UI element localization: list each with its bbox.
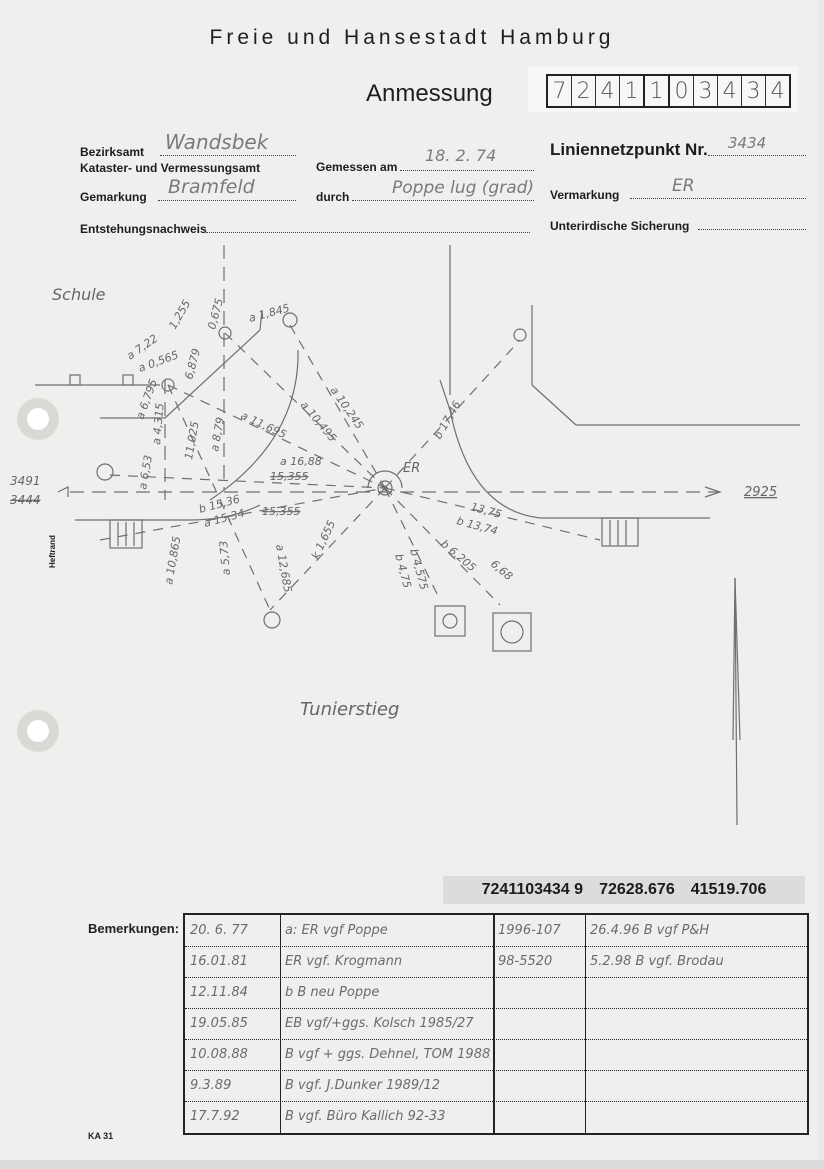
scan-edge: [0, 1160, 824, 1169]
gemessen-value: 18. 2. 74: [425, 146, 496, 165]
remark-text: B vgf. Büro Kallich 92-33: [285, 1109, 490, 1124]
remark-text: b B neu Poppe: [285, 985, 490, 1000]
point-id-digit: 1: [620, 76, 645, 106]
entstehung-line: [206, 232, 530, 233]
vermarkung-value: ER: [672, 176, 695, 196]
survey-sketch: Schule Tunierstieg ER 3491 3444 2925 a 7…: [0, 240, 824, 860]
measurement-label: 15,355: [262, 505, 301, 518]
remark-text-right: 5.2.98 B vgf. Brodau: [590, 954, 805, 969]
remark-date: 16.01.81: [190, 954, 278, 969]
point-id-digit: 1: [645, 76, 670, 106]
liniennetz-value: 3434: [728, 134, 766, 152]
measurement-label: 6,68: [488, 557, 515, 583]
unterirdisch-line: [698, 229, 806, 230]
measurement-label: a 10,865: [162, 535, 183, 585]
page-title: Freie und Hansestadt Hamburg: [0, 26, 824, 50]
street-label: Tunierstieg: [300, 699, 399, 720]
point-id-digit: 4: [596, 76, 620, 106]
remark-date: 20. 6. 77: [190, 923, 278, 938]
gemarkung-value: Bramfeld: [168, 176, 255, 198]
point-id-digit: 4: [766, 76, 789, 106]
measurement-label: 0,675: [205, 297, 226, 331]
measurement-label: 15,355: [270, 470, 309, 483]
remark-text: B vgf + ggs. Dehnel, TOM 1988/44: [285, 1047, 490, 1062]
remark-text: ER vgf. Krogmann: [285, 954, 490, 969]
remark-date: 12.11.84: [190, 985, 278, 1000]
heftrand-label: Heftrand: [48, 535, 57, 568]
gemessen-line: [400, 170, 534, 171]
left-ref-struck: 3444: [10, 493, 41, 507]
bezirksamt-line: [160, 155, 296, 156]
measurement-label: a 6,53: [136, 454, 155, 490]
right-ref: 2925: [744, 485, 777, 500]
point-id-digit: 4: [718, 76, 742, 106]
measurement-label: a 1,845: [247, 302, 291, 325]
measurement-label: 1,255: [166, 298, 193, 332]
measurement-label: a 16,88: [280, 455, 322, 468]
vermarkung-line: [630, 198, 806, 199]
remark-text: EB vgf/+ggs. Kolsch 1985/27: [285, 1016, 490, 1031]
remark-date: 17.7.92: [190, 1109, 278, 1124]
point-id-boxes: 7241103434: [546, 74, 791, 108]
remark-ref: 1996-107: [498, 923, 583, 938]
liniennetz-label: Liniennetzpunkt Nr.: [550, 140, 708, 160]
gemarkung-line: [158, 200, 296, 201]
remark-date: 9.3.89: [190, 1078, 278, 1093]
measurement-label: 6,879: [182, 347, 203, 381]
point-id-digit: 2: [572, 76, 596, 106]
remark-text: a: ER vgf Poppe: [285, 923, 490, 938]
remarks-label: Bemerkungen:: [88, 921, 179, 936]
kataster-label: Kataster- und Vermessungsamt: [80, 161, 260, 175]
gemessen-label: Gemessen am: [316, 160, 397, 174]
point-id-digit: 3: [742, 76, 766, 106]
left-ref: 3491: [10, 474, 41, 488]
point-id-digit: 0: [670, 76, 694, 106]
remark-text-right: 26.4.96 B vgf P&H: [590, 923, 805, 938]
measurement-label: 11,025: [182, 420, 201, 460]
measurement-label: a 11,695: [239, 409, 289, 441]
measurement-label: a 5,73: [217, 540, 233, 576]
liniennetz-line: [708, 155, 806, 156]
measurement-label: b 6,205: [438, 537, 479, 574]
coordinate-x: 72628.676: [599, 881, 675, 899]
durch-value: Poppe lug (grad): [392, 178, 534, 198]
durch-line: [352, 200, 534, 201]
bezirksamt-value: Wandsbek: [165, 130, 268, 154]
measurement-label: a 12,685: [273, 543, 294, 593]
bezirksamt-label: Bezirksamt: [80, 145, 144, 159]
measurement-label: b 17,46: [431, 399, 463, 442]
form-code: KA 31: [88, 1131, 113, 1141]
durch-label: durch: [316, 190, 349, 204]
form-subtitle: Anmessung: [366, 80, 493, 108]
entstehung-label: Entstehungsnachweis: [80, 222, 207, 236]
remark-text: B vgf. J.Dunker 1989/12: [285, 1078, 490, 1093]
remark-date: 19.05.85: [190, 1016, 278, 1031]
coordinate-y: 41519.706: [691, 881, 767, 899]
gemarkung-label: Gemarkung: [80, 190, 147, 204]
coordinate-point-number: 7241103434 9: [482, 881, 583, 899]
er-label: ER: [403, 461, 420, 476]
point-id-digit: 7: [548, 76, 572, 106]
coordinate-label: 7241103434 9 72628.676 41519.706: [443, 876, 805, 904]
measurement-label: a 4,315: [150, 403, 167, 446]
remark-date: 10.08.88: [190, 1047, 278, 1062]
point-id-digit: 3: [694, 76, 718, 106]
remarks-table: 20. 6. 77a: ER vgf Poppe1996-10726.4.96 …: [183, 913, 809, 1135]
place-label: Schule: [52, 285, 106, 304]
vermarkung-label: Vermarkung: [550, 188, 619, 202]
measurement-label: a 10,245: [328, 384, 367, 431]
unterirdisch-label: Unterirdische Sicherung: [550, 219, 689, 233]
measurement-label: k 1,655: [309, 518, 338, 561]
measurement-label: a 10,495: [298, 399, 339, 445]
remark-ref: 98-5520: [498, 954, 583, 969]
